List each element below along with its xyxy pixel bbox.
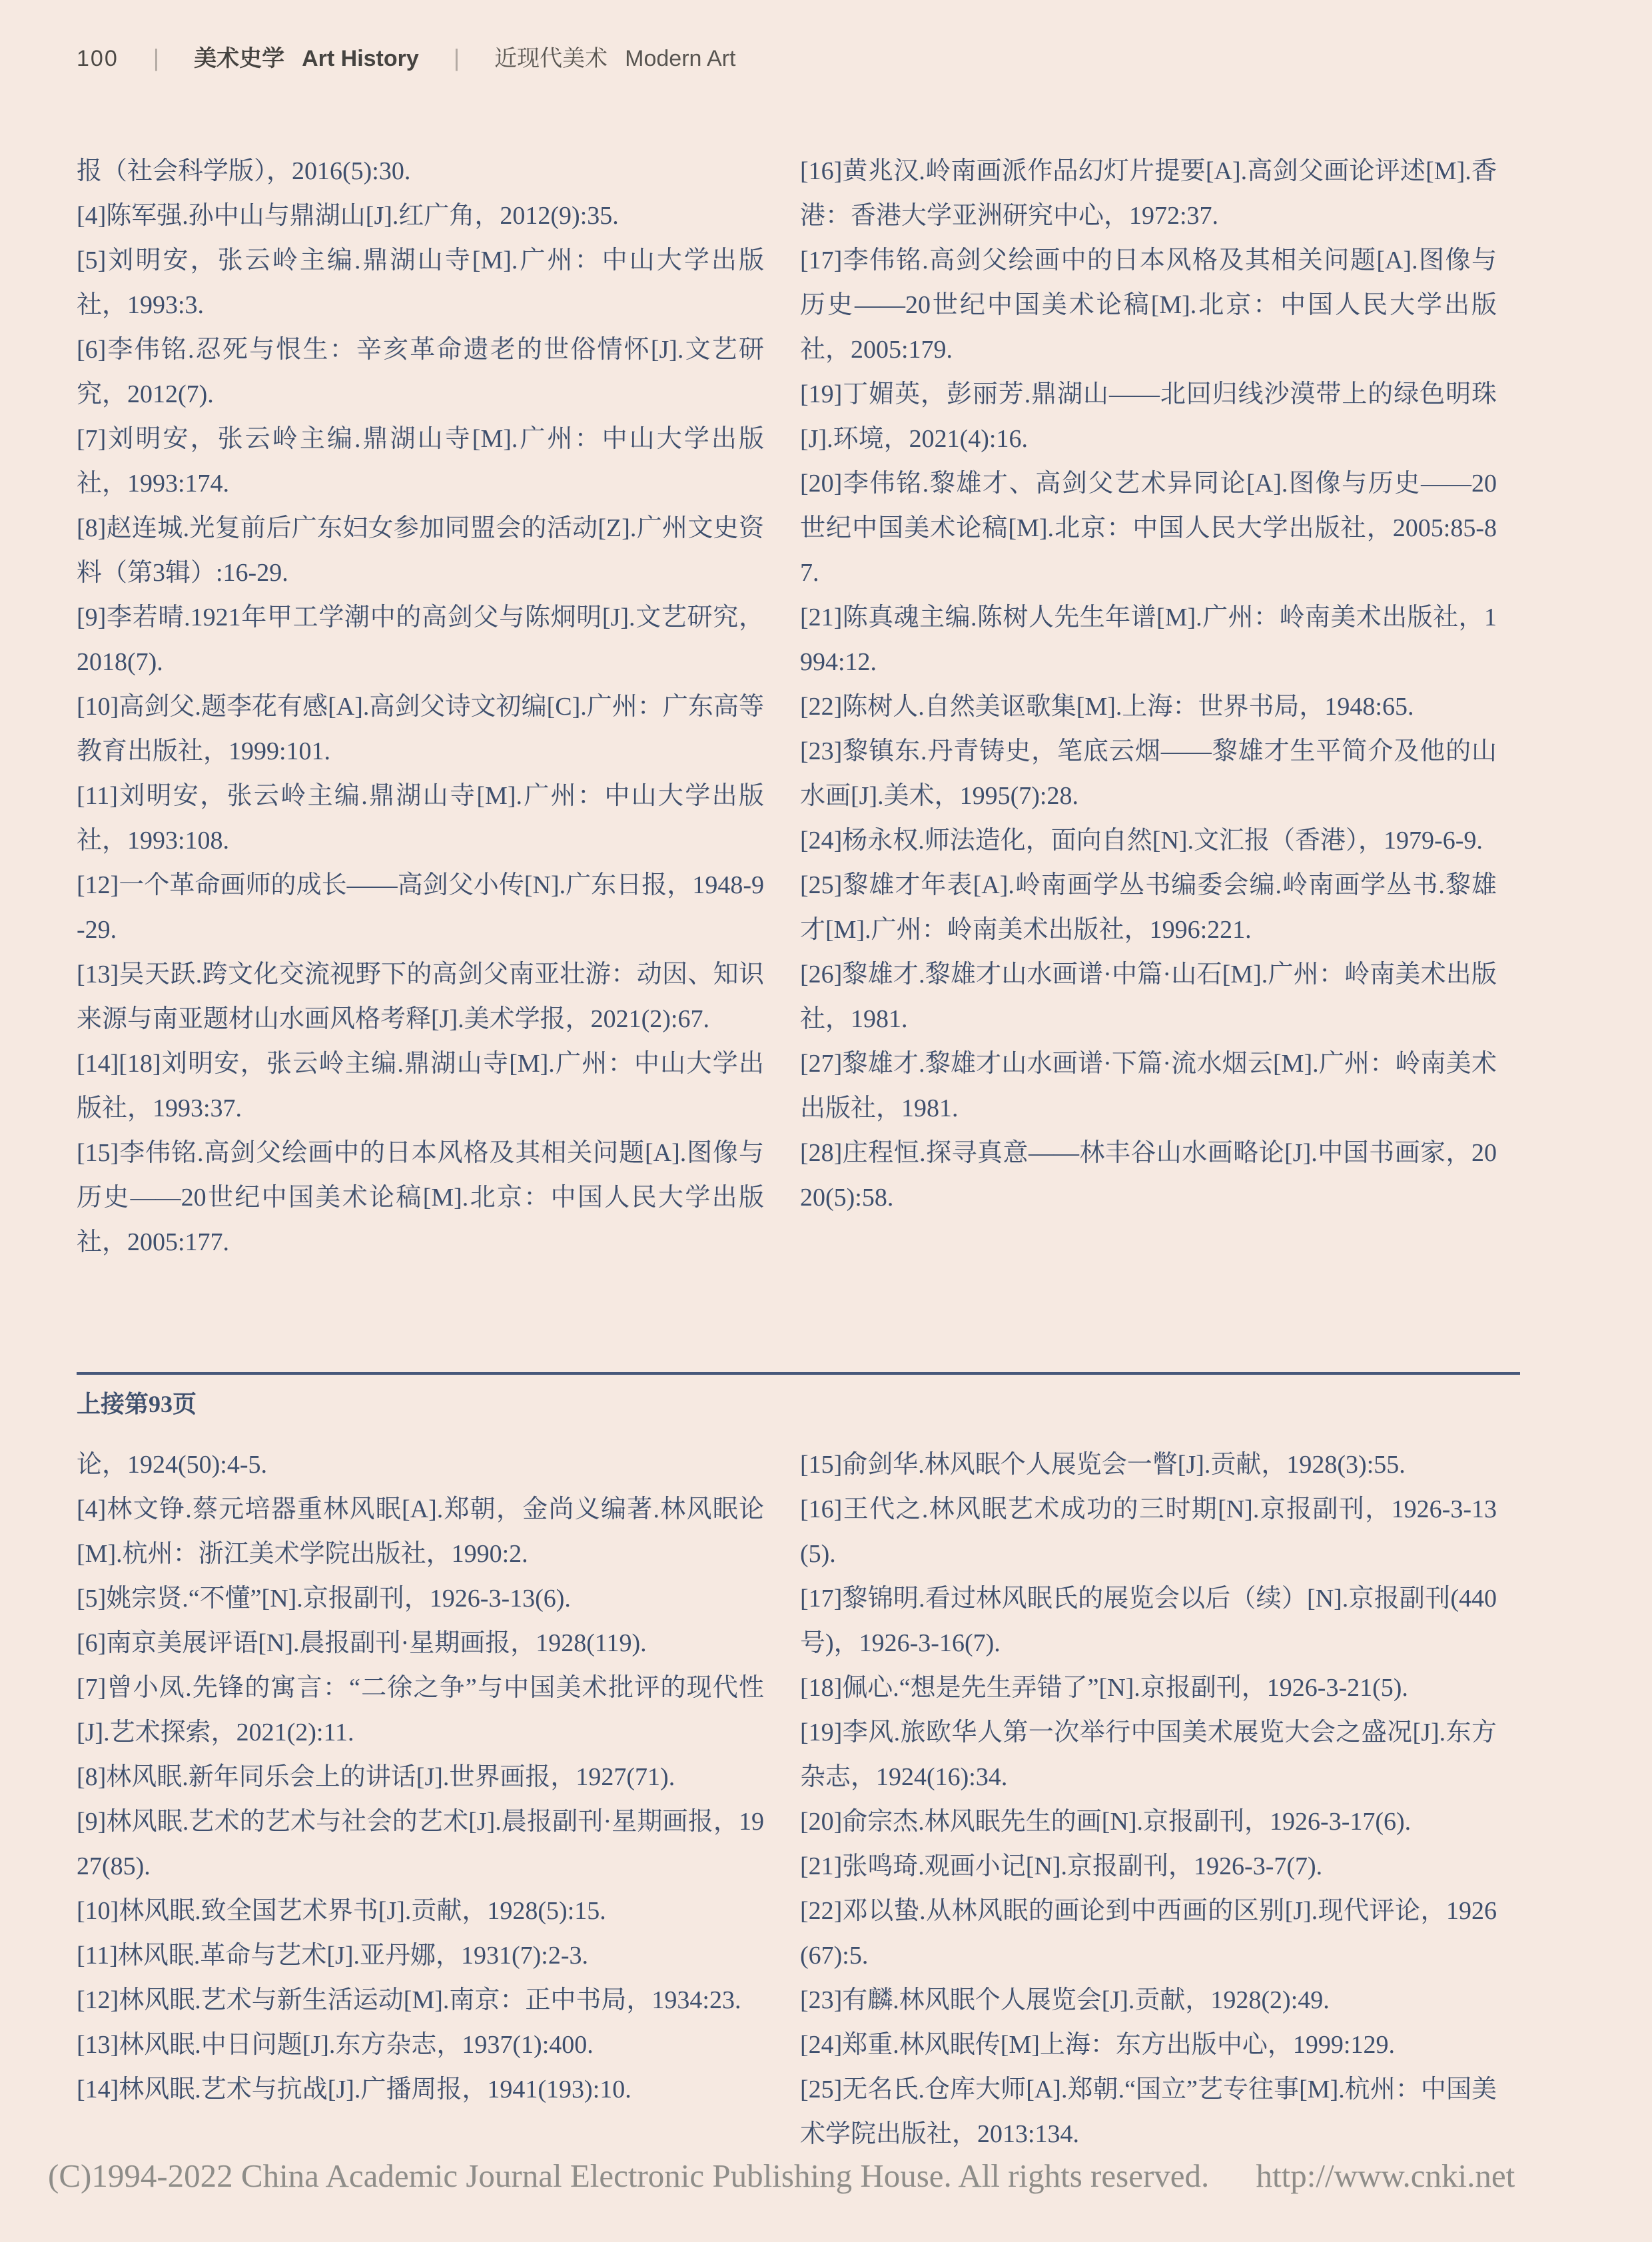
reference-item: [18]佩心.“想是先生弄错了”[N].京报副刊，1926-3-21(5). xyxy=(800,1666,1497,1710)
reference-item: [13]林风眠.中日问题[J].东方杂志，1937(1):400. xyxy=(77,2023,764,2067)
continued-from-page-label: 上接第93页 xyxy=(77,1385,197,1419)
reference-item: [12]一个革命画师的成长——高剑父小传[N].广东日报，1948-9-29. xyxy=(77,863,764,952)
reference-item: [7]刘明安，张云岭主编.鼎湖山寺[M].广州：中山大学出版社，1993:174… xyxy=(77,417,764,506)
references-top-right-column: [16]黄兆汉.岭南画派作品幻灯片提要[A].高剑父画论评述[M].香港：香港大… xyxy=(800,149,1497,1265)
reference-item: [23]黎镇东.丹青铸史，笔底云烟——黎雄才生平简介及他的山水画[J].美术，1… xyxy=(800,729,1497,819)
copyright-text: (C)1994-2022 China Academic Journal Elec… xyxy=(48,2157,1209,2194)
section-title-cn: 近现代美术 xyxy=(494,45,608,73)
reference-item: [4]陈军强.孙中山与鼎湖山[J].红广角，2012(9):35. xyxy=(77,194,764,238)
reference-item: [10]高剑父.题李花有感[A].高剑父诗文初编[C].广州：广东高等教育出版社… xyxy=(77,685,764,774)
header-separator: | xyxy=(153,44,159,72)
reference-item: 报（社会科学版），2016(5):30. xyxy=(77,149,764,194)
reference-item: [25]黎雄才年表[A].岭南画学丛书编委会编.岭南画学丛书.黎雄才[M].广州… xyxy=(800,863,1497,952)
reference-item: [24]郑重.林风眠传[M]上海：东方出版中心，1999:129. xyxy=(800,2023,1497,2067)
reference-item: [17]李伟铭.高剑父绘画中的日本风格及其相关问题[A].图像与历史——20世纪… xyxy=(800,238,1497,372)
reference-item: 论，1924(50):4-5. xyxy=(77,1443,764,1487)
reference-item: [15]俞剑华.林风眠个人展览会一瞥[J].贡献，1928(3):55. xyxy=(800,1443,1497,1487)
reference-item: [22]陈树人.自然美讴歌集[M].上海：世界书局，1948:65. xyxy=(800,685,1497,729)
footer-url: http://www.cnki.net xyxy=(1256,2157,1515,2194)
page-footer: (C)1994-2022 China Academic Journal Elec… xyxy=(48,2157,1515,2195)
reference-item: [5]姚宗贤.“不懂”[N].京报副刊，1926-3-13(6). xyxy=(77,1577,764,1621)
reference-item: [28]庄程恒.探寻真意——林丰谷山水画略论[J].中国书画家，2020(5):… xyxy=(800,1131,1497,1220)
reference-item: [4]林文铮.蔡元培器重林风眠[A].郑朝，金尚义编著.林风眠论[M].杭州：浙… xyxy=(77,1487,764,1577)
section-divider xyxy=(77,1372,1520,1375)
reference-item: [16]黄兆汉.岭南画派作品幻灯片提要[A].高剑父画论评述[M].香港：香港大… xyxy=(800,149,1497,238)
reference-item: [19]李风.旅欧华人第一次举行中国美术展览大会之盛况[J].东方杂志，1924… xyxy=(800,1710,1497,1800)
reference-item: [11]刘明安，张云岭主编.鼎湖山寺[M].广州：中山大学出版社，1993:10… xyxy=(77,774,764,863)
reference-item: [22]邓以蛰.从林风眠的画论到中西画的区别[J].现代评论，1926(67):… xyxy=(800,1889,1497,1978)
reference-item: [7]曾小凤.先锋的寓言：“二徐之争”与中国美术批评的现代性[J].艺术探索，2… xyxy=(77,1666,764,1755)
reference-item: [23]有麟.林风眠个人展览会[J].贡献，1928(2):49. xyxy=(800,1978,1497,2023)
references-bottom-section: 论，1924(50):4-5.[4]林文铮.蔡元培器重林风眠[A].郑朝，金尚义… xyxy=(77,1443,1497,2157)
section-title-en: Modern Art xyxy=(625,45,735,73)
reference-item: [13]吴天跃.跨文化交流视野下的高剑父南亚壮游：动因、知识来源与南亚题材山水画… xyxy=(77,952,764,1042)
reference-item: [21]陈真魂主编.陈树人先生年谱[M].广州：岭南美术出版社，1994:12. xyxy=(800,595,1497,685)
reference-item: [24]杨永权.师法造化，面向自然[N].文汇报（香港），1979-6-9. xyxy=(800,819,1497,863)
header-separator-2: | xyxy=(454,44,460,72)
reference-item: [25]无名氏.仓库大师[A].郑朝.“国立”艺专往事[M].杭州：中国美术学院… xyxy=(800,2067,1497,2157)
reference-item: [27]黎雄才.黎雄才山水画谱·下篇·流水烟云[M].广州：岭南美术出版社，19… xyxy=(800,1042,1497,1131)
references-top-left-column: 报（社会科学版），2016(5):30.[4]陈军强.孙中山与鼎湖山[J].红广… xyxy=(77,149,764,1265)
page-header: 100 | 美术史学 Art History | 近现代美术 Modern Ar… xyxy=(77,44,735,73)
reference-item: [9]李若晴.1921年甲工学潮中的高剑父与陈炯明[J].文艺研究，2018(7… xyxy=(77,595,764,685)
reference-item: [16]王代之.林风眠艺术成功的三时期[N].京报副刊，1926-3-13(5)… xyxy=(800,1487,1497,1577)
reference-item: [8]赵连城.光复前后广东妇女参加同盟会的活动[Z].广州文史资料（第3辑）:1… xyxy=(77,506,764,595)
reference-item: [26]黎雄才.黎雄才山水画谱·中篇·山石[M].广州：岭南美术出版社，1981… xyxy=(800,952,1497,1042)
references-bottom-left-column: 论，1924(50):4-5.[4]林文铮.蔡元培器重林风眠[A].郑朝，金尚义… xyxy=(77,1443,764,2157)
reference-item: [11]林风眠.革命与艺术[J].亚丹娜，1931(7):2-3. xyxy=(77,1934,764,1978)
reference-item: [20]李伟铭.黎雄才、高剑父艺术异同论[A].图像与历史——20世纪中国美术论… xyxy=(800,462,1497,595)
page-number: 100 xyxy=(77,45,119,73)
reference-item: [17]黎锦明.看过林风眠氏的展览会以后（续）[N].京报副刊(440号)，19… xyxy=(800,1577,1497,1666)
reference-item: [14][18]刘明安，张云岭主编.鼎湖山寺[M].广州：中山大学出版社，199… xyxy=(77,1042,764,1131)
reference-item: [19]丁媚英，彭丽芳.鼎湖山——北回归线沙漠带上的绿色明珠[J].环境，202… xyxy=(800,372,1497,462)
reference-item: [12]林风眠.艺术与新生活运动[M].南京：正中书局，1934:23. xyxy=(77,1978,764,2023)
reference-item: [8]林风眠.新年同乐会上的讲话[J].世界画报，1927(71). xyxy=(77,1755,764,1800)
reference-item: [6]李伟铭.忍死与恨生：辛亥革命遗老的世俗情怀[J].文艺研究，2012(7)… xyxy=(77,328,764,417)
journal-title-en: Art History xyxy=(302,45,419,73)
reference-item: [6]南京美展评语[N].晨报副刊·星期画报，1928(119). xyxy=(77,1621,764,1666)
reference-item: [15]李伟铭.高剑父绘画中的日本风格及其相关问题[A].图像与历史——20世纪… xyxy=(77,1131,764,1265)
reference-item: [14]林风眠.艺术与抗战[J].广播周报，1941(193):10. xyxy=(77,2067,764,2112)
reference-item: [20]俞宗杰.林风眠先生的画[N].京报副刊，1926-3-17(6). xyxy=(800,1800,1497,1844)
references-bottom-right-column: [15]俞剑华.林风眠个人展览会一瞥[J].贡献，1928(3):55.[16]… xyxy=(800,1443,1497,2157)
reference-item: [5]刘明安，张云岭主编.鼎湖山寺[M].广州：中山大学出版社，1993:3. xyxy=(77,238,764,328)
references-top-section: 报（社会科学版），2016(5):30.[4]陈军强.孙中山与鼎湖山[J].红广… xyxy=(77,149,1497,1265)
journal-title-cn: 美术史学 xyxy=(194,45,284,73)
reference-item: [21]张鸣琦.观画小记[N].京报副刊，1926-3-7(7). xyxy=(800,1844,1497,1889)
reference-item: [9]林风眠.艺术的艺术与社会的艺术[J].晨报副刊·星期画报，1927(85)… xyxy=(77,1800,764,1889)
reference-item: [10]林风眠.致全国艺术界书[J].贡献，1928(5):15. xyxy=(77,1889,764,1934)
